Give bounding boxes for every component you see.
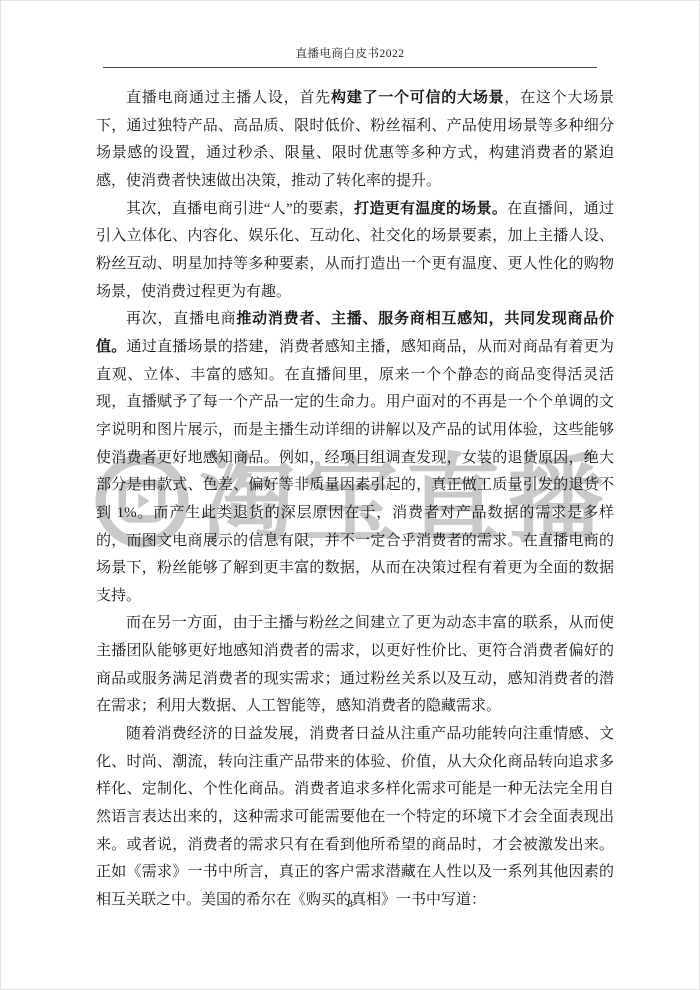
text-segment: 通过直播场景的搭建，消费者感知主播，感知商品，从而对商品有着更为直观、立体、丰富… [96,339,614,604]
paragraph: 随着消费经济的日益发展，消费者日益从注重产品功能转向注重情感、文化、时尚、潮流，… [96,721,614,915]
document-page: 直播电商白皮书2022 淘宝直播 直播电商通过主播人设，首先构建了一个可信的大场… [0,0,700,990]
paragraph: 直播电商通过主播人设，首先构建了一个可信的大场景，在这个大场景下，通过独特产品、… [96,85,614,196]
document-body: 直播电商通过主播人设，首先构建了一个可信的大场景，在这个大场景下，通过独特产品、… [96,85,614,915]
text-segment: 随着消费经济的日益发展，消费者日益从注重产品功能转向注重情感、文化、时尚、潮流，… [96,726,614,908]
paragraph: 而在另一方面，由于主播与粉丝之间建立了更为动态丰富的联系，从而使主播团队能够更好… [96,610,614,721]
header-title: 直播电商白皮书2022 [1,45,699,61]
text-segment: 构建了一个可信的大场景 [331,90,504,106]
text-segment: 打造更有温度的场景。 [354,201,507,217]
header-rule [103,67,597,68]
paragraph: 再次，直播电商推动消费者、主播、服务商相互感知，共同发现商品价值。通过直播场景的… [96,306,614,610]
text-segment: 其次，直播电商引进“人”的要素， [126,201,354,217]
text-segment: 再次，直播电商 [126,311,236,327]
text-segment: 而在另一方面，由于主播与粉丝之间建立了更为动态丰富的联系，从而使主播团队能够更好… [96,615,614,714]
paragraph: 其次，直播电商引进“人”的要素，打造更有温度的场景。在直播间，通过引入立体化、内… [96,196,614,307]
text-segment: 直播电商通过主播人设，首先 [126,90,331,106]
